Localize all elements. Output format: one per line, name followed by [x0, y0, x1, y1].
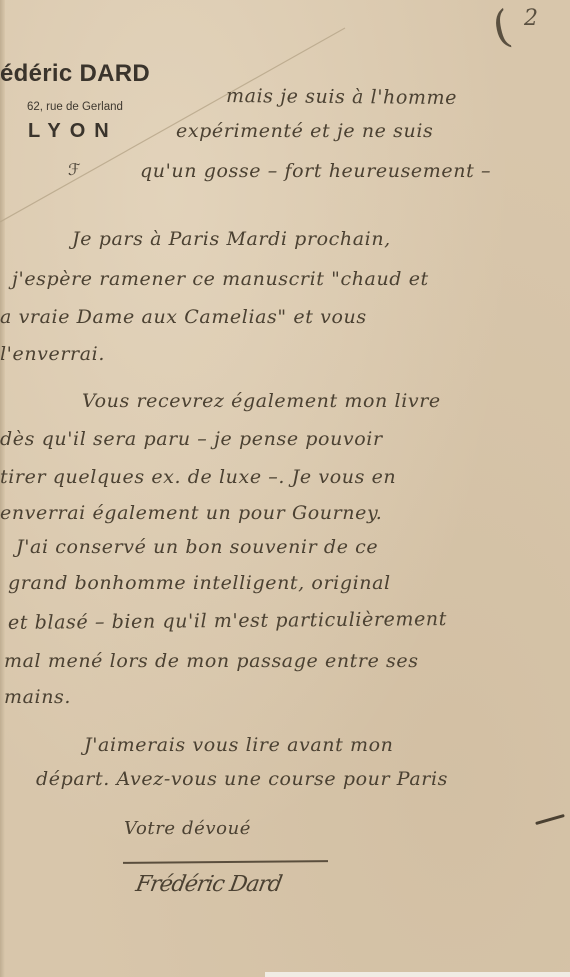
letter-line: dès qu'il sera paru – je pense pouvoir — [0, 428, 383, 450]
scan-background-strip — [265, 972, 570, 977]
paper-edge — [0, 0, 5, 977]
letter-line: a vraie Dame aux Camelias" et vous — [0, 306, 367, 328]
letter-closing: Votre dévoué — [124, 818, 251, 839]
letter-line: J'aimerais vous lire avant mon — [84, 734, 394, 756]
letterhead-address: 62, rue de Gerland — [27, 101, 123, 113]
letter-line: qu'un gosse – fort heureusement – — [140, 160, 491, 182]
page-number: 2 — [524, 6, 538, 31]
letter-line: J'ai conservé un bon souvenir de ce — [16, 536, 378, 558]
letter-line: Je pars à Paris Mardi prochain, — [72, 228, 391, 250]
letter-line: expérimenté et je ne suis — [176, 120, 433, 142]
letter-line: et blasé – bien qu'il m'est particulière… — [8, 608, 447, 634]
letter-line: enverrai également un pour Gourney. — [0, 502, 382, 524]
letter-line: mais je suis à l'homme — [226, 85, 457, 109]
letter-line: tirer quelques ex. de luxe –. Je vous en — [0, 466, 396, 488]
letter-line: Vous recevrez également mon livre — [82, 390, 441, 412]
letter-line: départ. Avez-vous une course pour Paris — [36, 768, 448, 790]
letter-line: grand bonhomme intelligent, original — [8, 572, 391, 594]
letterhead-name: édéric DARD — [0, 60, 150, 88]
letter-paper — [0, 0, 570, 977]
letter-line: l'enverrai. — [0, 343, 105, 365]
letter-line: j'espère ramener ce manuscrit "chaud et — [12, 268, 429, 290]
letter-line: mains. — [4, 686, 71, 708]
handwritten-mark-icon: ℱ — [68, 160, 81, 179]
letterhead-city: LYON — [28, 120, 118, 143]
signature: Frédéric Dard — [134, 872, 284, 897]
letter-line: mal mené lors de mon passage entre ses — [4, 650, 419, 672]
